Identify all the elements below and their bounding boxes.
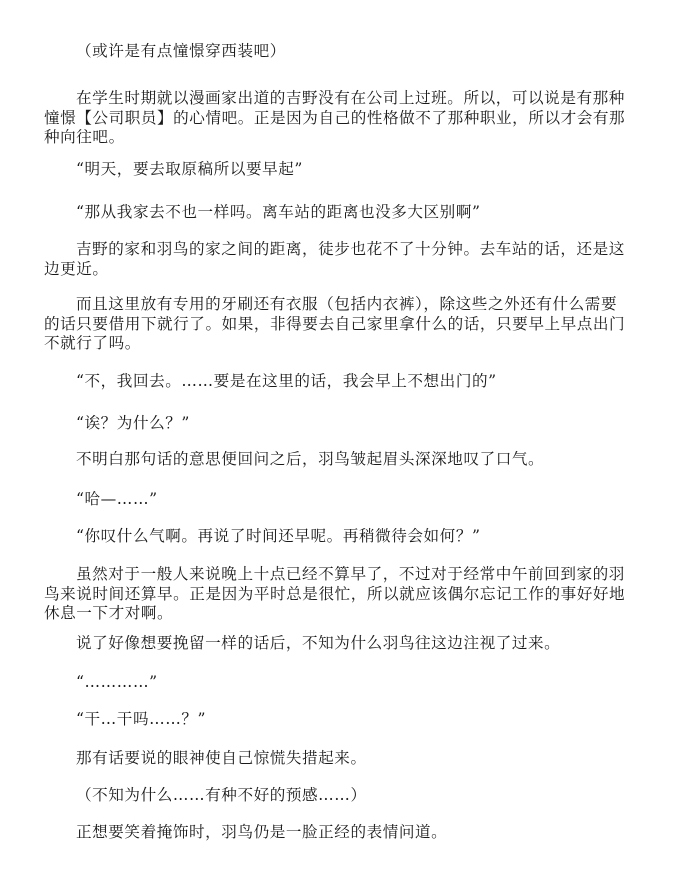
paragraph: “…………” bbox=[76, 673, 632, 693]
paragraph: 而且这里放有专用的牙刷还有衣服（包括内衣裤），除这些之外还有什么需要的话只要借用… bbox=[44, 295, 632, 354]
paragraph: “不，我回去。……要是在这里的话，我会早上不想出门的” bbox=[76, 372, 632, 392]
paragraph: 吉野的家和羽鸟的家之间的距离，徒步也花不了十分钟。去车站的话，还是这边更近。 bbox=[44, 240, 632, 279]
paragraph: （或许是有点憧憬穿西装吧） bbox=[76, 42, 632, 62]
paragraph: 那有话要说的眼神使自己惊慌失措起来。 bbox=[76, 749, 632, 769]
paragraph: “明天，要去取原稿所以要早起” bbox=[76, 160, 632, 180]
paragraph: “那从我家去不也一样吗。离车站的距离也没多大区别啊” bbox=[76, 203, 632, 223]
paragraph: 不明白那句话的意思便回问之后，羽鸟皱起眉头深深地叹了口气。 bbox=[76, 450, 632, 470]
paragraph: 正想要笑着掩饰时，羽鸟仍是一脸正经的表情问道。 bbox=[76, 823, 632, 843]
paragraph: “诶？为什么？” bbox=[76, 414, 632, 434]
paragraph: 说了好像想要挽留一样的话后，不知为什么羽鸟往这边注视了过来。 bbox=[76, 634, 632, 654]
paragraph: （不知为什么……有种不好的预感……） bbox=[76, 786, 632, 806]
paragraph: “你叹什么气啊。再说了时间还早呢。再稍微待会如何？” bbox=[76, 527, 632, 547]
paragraph: “哈—……” bbox=[76, 490, 632, 510]
paragraph: 在学生时期就以漫画家出道的吉野没有在公司上过班。所以，可以说是有那种憧憬【公司职… bbox=[44, 89, 632, 148]
paragraph: “干…干吗……？” bbox=[76, 710, 632, 730]
paragraph: 虽然对于一般人来说晚上十点已经不算早了，不过对于经常中午前回到家的羽鸟来说时间还… bbox=[44, 565, 632, 624]
